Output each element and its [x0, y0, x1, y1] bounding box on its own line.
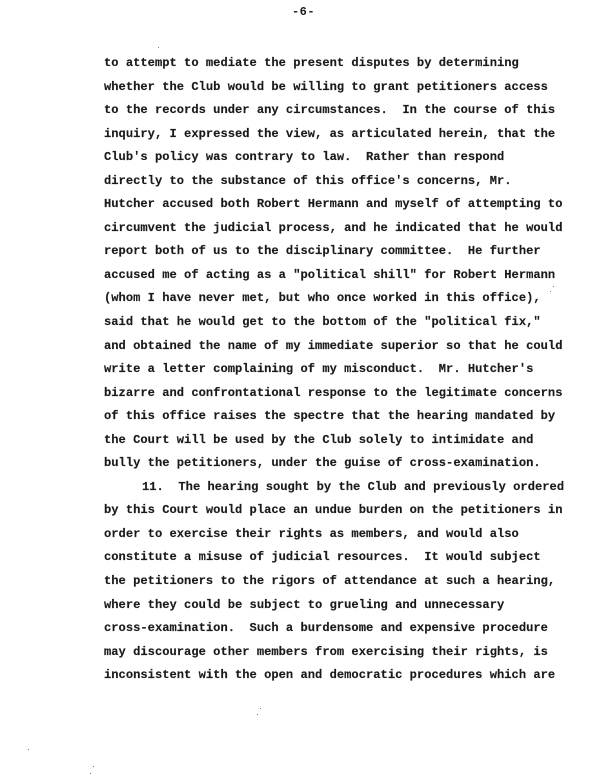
- text-line: the Court will be used by the Club solel…: [104, 429, 574, 453]
- text-line: where they could be subject to grueling …: [104, 594, 574, 618]
- text-line: circumvent the judicial process, and he …: [104, 217, 574, 241]
- text-line: inquiry, I expressed the view, as articu…: [104, 123, 574, 147]
- text-line: constitute a misuse of judicial resource…: [104, 546, 574, 570]
- scan-speck: [158, 47, 159, 48]
- text-line: of this office raises the spectre that t…: [104, 405, 574, 429]
- text-line: cross-examination. Such a burdensome and…: [104, 617, 574, 641]
- scan-speck: [93, 766, 94, 767]
- scan-speck: [257, 714, 258, 715]
- text-line: bully the petitioners, under the guise o…: [104, 452, 574, 476]
- text-line: by this Court would place an undue burde…: [104, 499, 574, 523]
- text-line: accused me of acting as a "political shi…: [104, 264, 574, 288]
- text-line: write a letter complaining of my miscond…: [104, 358, 574, 382]
- text-line: 11. The hearing sought by the Club and p…: [104, 476, 574, 500]
- text-line: the petitioners to the rigors of attenda…: [104, 570, 574, 594]
- text-line: Club's policy was contrary to law. Rathe…: [104, 146, 574, 170]
- text-line: report both of us to the disciplinary co…: [104, 240, 574, 264]
- text-line: and obtained the name of my immediate su…: [104, 335, 574, 359]
- text-line: to attempt to mediate the present disput…: [104, 52, 574, 76]
- scan-speck: [90, 773, 91, 774]
- text-line: said that he would get to the bottom of …: [104, 311, 574, 335]
- scan-speck: [550, 291, 551, 292]
- scan-speck: [260, 708, 261, 709]
- text-line: bizarre and confrontational response to …: [104, 382, 574, 406]
- text-line: directly to the substance of this office…: [104, 170, 574, 194]
- text-line: to the records under any circumstances. …: [104, 99, 574, 123]
- text-line: (whom I have never met, but who once wor…: [104, 287, 574, 311]
- body-text: to attempt to mediate the present disput…: [104, 52, 574, 688]
- scan-speck: [28, 749, 29, 750]
- text-line: may discourage other members from exerci…: [104, 641, 574, 665]
- text-line: Hutcher accused both Robert Hermann and …: [104, 193, 574, 217]
- page-number: -6-: [0, 5, 607, 19]
- text-line: order to exercise their rights as member…: [104, 523, 574, 547]
- scan-speck: [553, 286, 554, 287]
- text-line: whether the Club would be willing to gra…: [104, 76, 574, 100]
- text-line: inconsistent with the open and democrati…: [104, 664, 574, 688]
